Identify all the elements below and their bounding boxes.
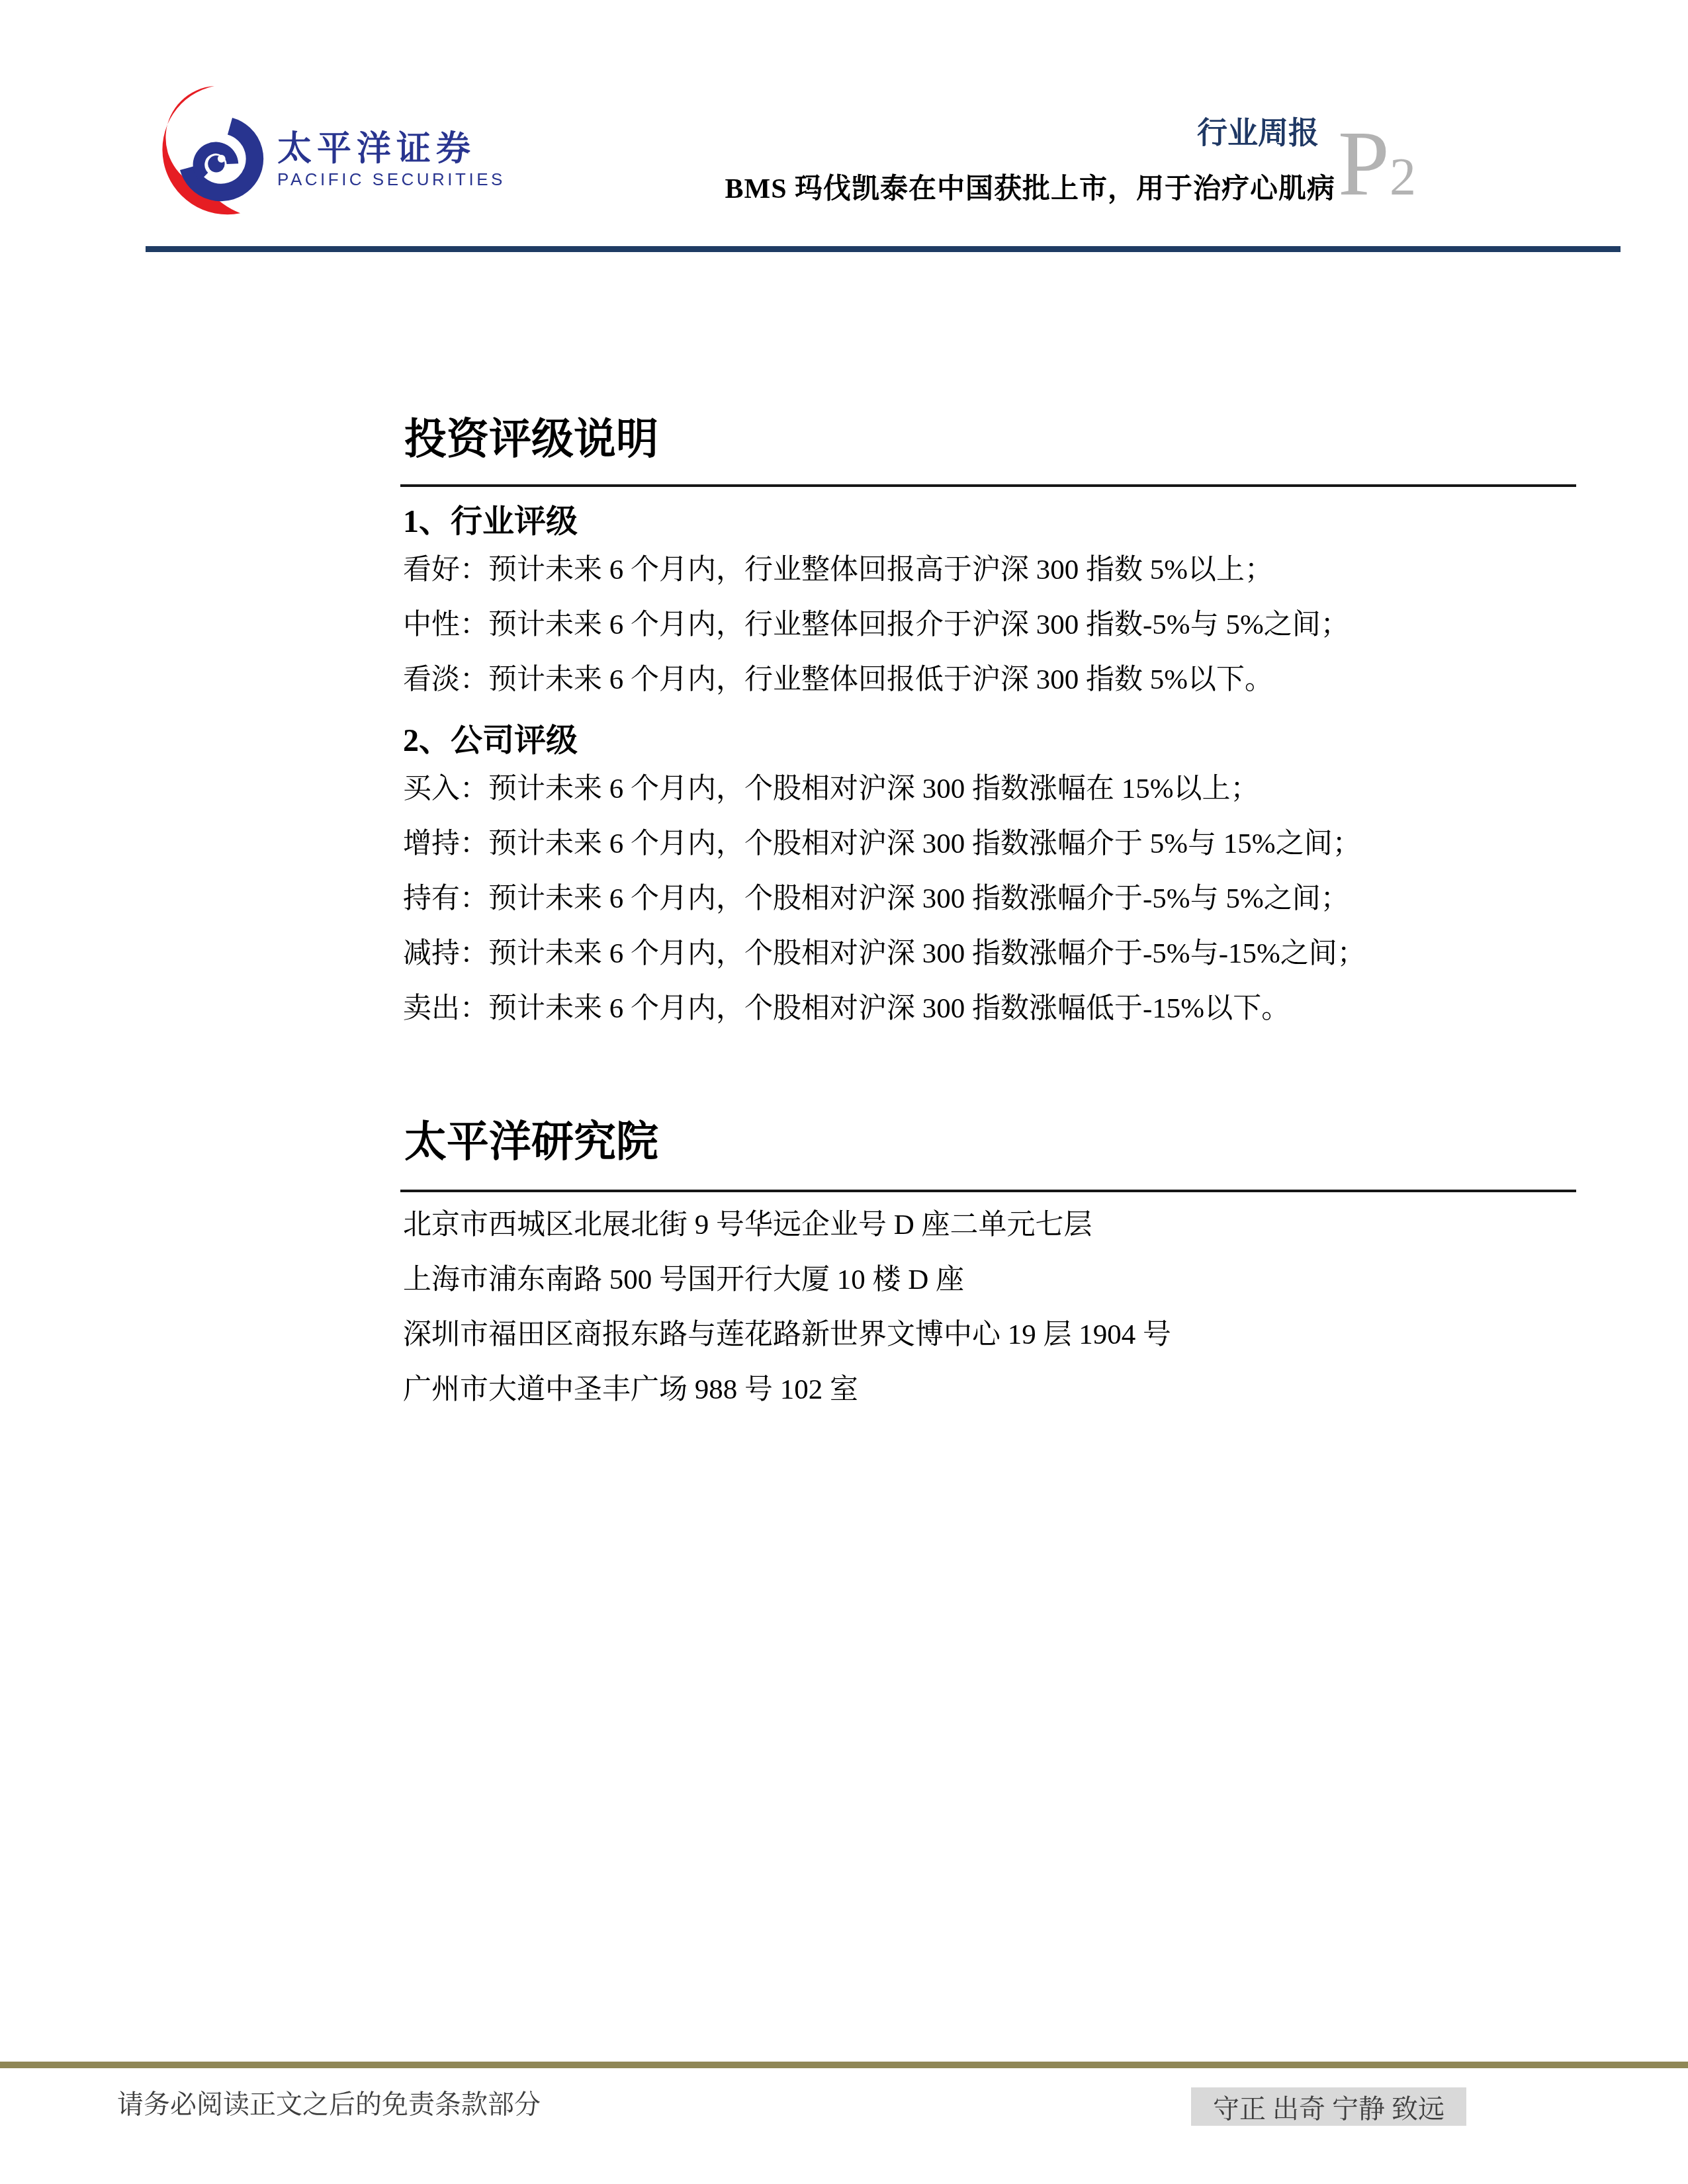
company-rating-item: 卖出：预计未来 6 个月内，个股相对沪深 300 指数涨幅低于-15%以下。 — [400, 981, 1576, 1036]
institute-address: 北京市西城区北展北街 9 号华远企业号 D 座二单元七层 — [400, 1198, 1576, 1252]
header-divider-rule — [146, 246, 1621, 252]
report-type-label: 行业周报 — [1197, 109, 1319, 152]
institute-address: 上海市浦东南路 500 号国开行大厦 10 楼 D 座 — [400, 1252, 1576, 1307]
report-page: { "header": { "logo": { "cn": "太平洋证券", "… — [0, 0, 1688, 2184]
company-rating-item: 持有：预计未来 6 个月内，个股相对沪深 300 指数涨幅介于-5%与 5%之间… — [400, 871, 1576, 926]
industry-rating-item: 看好：预计未来 6 个月内，行业整体回报高于沪深 300 指数 5%以上； — [400, 543, 1576, 597]
footer-divider-rule — [0, 2062, 1688, 2068]
footer-disclaimer: 请务必阅读正文之后的免责条款部分 — [117, 2084, 541, 2125]
page-number: P2 — [1338, 118, 1416, 224]
section-title-rating: 投资评级说明 — [400, 405, 1576, 487]
industry-rating-item: 中性：预计未来 6 个月内，行业整体回报介于沪深 300 指数-5%与 5%之间… — [400, 597, 1576, 652]
institute-addresses: 北京市西城区北展北街 9 号华远企业号 D 座二单元七层 上海市浦东南路 500… — [400, 1198, 1576, 1417]
industry-rating-heading: 1、行业评级 — [400, 502, 1576, 543]
industry-rating-item: 看淡：预计未来 6 个月内，行业整体回报低于沪深 300 指数 5%以下。 — [400, 652, 1576, 707]
footer-motto-badge: 守正 出奇 宁静 致远 — [1191, 2087, 1466, 2126]
page-number-prefix: P — [1338, 112, 1390, 215]
logo-text: 太平洋证券 PACIFIC SECURITIES — [277, 131, 502, 191]
page-body: 投资评级说明 1、行业评级 看好：预计未来 6 个月内，行业整体回报高于沪深 3… — [400, 405, 1576, 1417]
pacific-securities-logo-icon — [161, 85, 265, 221]
company-rating-item: 买入：预计未来 6 个月内，个股相对沪深 300 指数涨幅在 15%以上； — [400, 762, 1576, 816]
page-number-value: 2 — [1390, 148, 1416, 206]
institute-address: 广州市大道中圣丰广场 988 号 102 室 — [400, 1362, 1576, 1417]
logo-name-en: PACIFIC SECURITIES — [277, 168, 502, 191]
institute-address: 深圳市福田区商报东路与莲花路新世界文博中心 19 层 1904 号 — [400, 1307, 1576, 1362]
company-rating-item: 增持：预计未来 6 个月内，个股相对沪深 300 指数涨幅介于 5%与 15%之… — [400, 816, 1576, 871]
report-headline: BMS 玛伐凯泰在中国获批上市，用于治疗心肌病 — [725, 167, 1335, 206]
section-title-institute: 太平洋研究院 — [400, 1108, 1576, 1192]
company-rating-heading: 2、公司评级 — [400, 721, 1576, 762]
company-rating-item: 减持：预计未来 6 个月内，个股相对沪深 300 指数涨幅介于-5%与-15%之… — [400, 926, 1576, 981]
logo-name-cn: 太平洋证券 — [277, 131, 502, 168]
company-logo: 太平洋证券 PACIFIC SECURITIES — [161, 85, 505, 221]
